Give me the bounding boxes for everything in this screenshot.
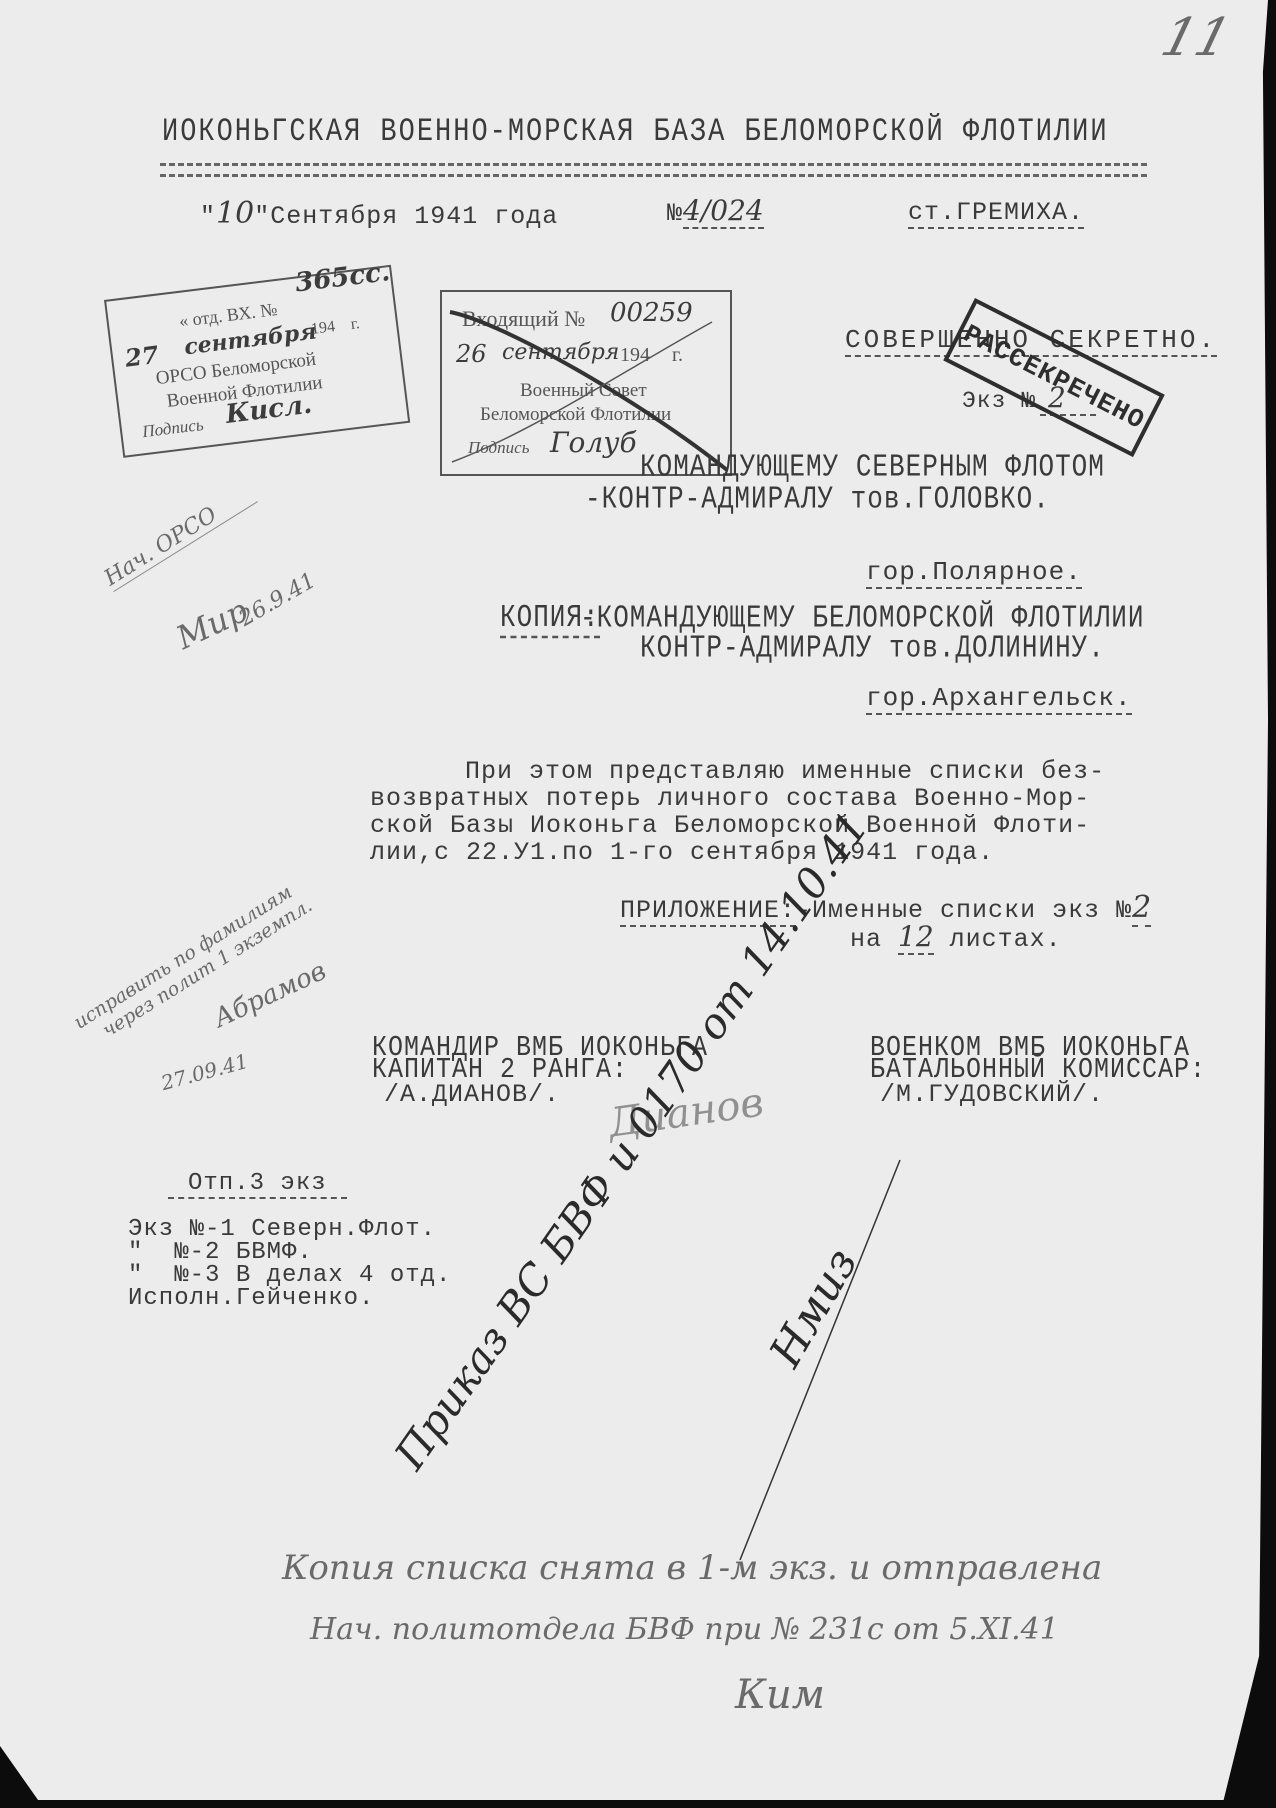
copy-note-line1: Копия списка снята в 1-м экз. и отправле… bbox=[282, 1548, 1102, 1588]
stamp-year: 194 bbox=[310, 318, 336, 339]
correction-date: 27.09.41 bbox=[158, 1049, 250, 1095]
body-line: лии,с 22.У1.по 1-го сентября 1941 года. bbox=[370, 839, 1105, 866]
sheets-suffix: листах. bbox=[934, 925, 1062, 954]
orso-received-stamp: « отд. ВХ. № 365сс. 27 сентября 194 г. О… bbox=[104, 265, 410, 458]
number-sign: № bbox=[667, 199, 683, 228]
copy-addressee-city: гор.Архангельск. bbox=[866, 683, 1132, 715]
orso-date: 26.9.41 bbox=[235, 568, 320, 632]
correction-note: исправить по фамилиям через полит 1 экзе… bbox=[70, 876, 316, 1053]
executor-name: Исполн.Гейченко. bbox=[128, 1287, 451, 1310]
title-double-underline bbox=[160, 163, 1147, 177]
distribution-title: Отп.3 экз bbox=[168, 1170, 347, 1199]
stamp-year-suffix: г. bbox=[350, 315, 361, 334]
body-line: ской Базы Иоконьга Беломорской Военной Ф… bbox=[370, 812, 1105, 839]
commissar-rank: БАТАЛЬОННЫЙ КОМИССАР: bbox=[870, 1057, 1206, 1082]
addressee-city: гор.Полярное. bbox=[866, 557, 1082, 589]
copy-addressee-line2: КОНТР-АДМИРАЛУ тов.ДОЛИНИНУ. bbox=[640, 630, 1105, 666]
orso-annotation: Нач. ОРСО bbox=[100, 480, 258, 592]
number-value: 4/024 bbox=[683, 194, 764, 229]
date-text: "Сентября 1941 года bbox=[254, 202, 558, 231]
sheets-count: 12 bbox=[898, 920, 934, 955]
addressee-line2: -КОНТР-АДМИРАЛУ тов.ГОЛОВКО. bbox=[585, 481, 1050, 517]
outgoing-number: №4/024 bbox=[667, 194, 764, 228]
orso-note: Нач. ОРСО bbox=[100, 480, 258, 592]
page-number: 11 bbox=[1155, 8, 1237, 68]
distribution-item: " №-2 БВМФ. bbox=[128, 1241, 451, 1264]
commissar-signature-block: ВОЕНКОМ ВМБ ИОКОНЬГА БАТАЛЬОННЫЙ КОМИССА… bbox=[870, 1037, 1206, 1109]
stamp-signature-label: Подпись bbox=[141, 415, 204, 442]
copy-note-signature: Ким bbox=[735, 1672, 825, 1718]
orso-signature: Мир bbox=[170, 591, 253, 657]
document-page: 11 ИОКОНЬГСКАЯ ВОЕННО-МОРСКАЯ БАЗА БЕЛОМ… bbox=[0, 0, 1268, 1800]
cross-out-mark bbox=[442, 292, 730, 474]
distribution-item: " №-3 В делах 4 отд. bbox=[128, 1264, 451, 1287]
date-quote: " bbox=[200, 202, 216, 231]
declassified-stamp: РАССЕКРЕЧЕНО bbox=[943, 298, 1165, 457]
distribution-item: Экз №-1 Северн.Флот. bbox=[128, 1218, 451, 1241]
body-line: возвратных потерь личного состава Военно… bbox=[370, 785, 1105, 812]
station-name: ст.ГРЕМИХА. bbox=[908, 198, 1084, 229]
body-text: При этом представляю именные списки без-… bbox=[370, 758, 1105, 866]
attachment-sheets-line: на 12 листах. bbox=[850, 920, 1062, 954]
addressee-line1: КОМАНДУЮЩЕМУ СЕВЕРНЫМ ФЛОТОМ bbox=[640, 449, 1105, 485]
body-line: При этом представляю именные списки без- bbox=[370, 758, 1105, 785]
date-day: 10 bbox=[216, 196, 254, 231]
distribution-list: Экз №-1 Северн.Флот. " №-2 БВМФ. " №-3 В… bbox=[128, 1218, 451, 1310]
date-line: "10"Сентября 1941 года bbox=[200, 196, 558, 231]
attachment-copy-number: 2 bbox=[1132, 890, 1151, 927]
stamp-number: 365сс. bbox=[294, 257, 392, 298]
organization-title: ИОКОНЬГСКАЯ ВОЕННО-МОРСКАЯ БАЗА БЕЛОМОРС… bbox=[162, 115, 1109, 151]
copy-note-line2: Нач. политотдела БВФ при № 231с от 5.XI.… bbox=[310, 1612, 1059, 1647]
order-annotation-stroke bbox=[700, 1150, 920, 1570]
sheets-prefix: на bbox=[850, 925, 898, 954]
